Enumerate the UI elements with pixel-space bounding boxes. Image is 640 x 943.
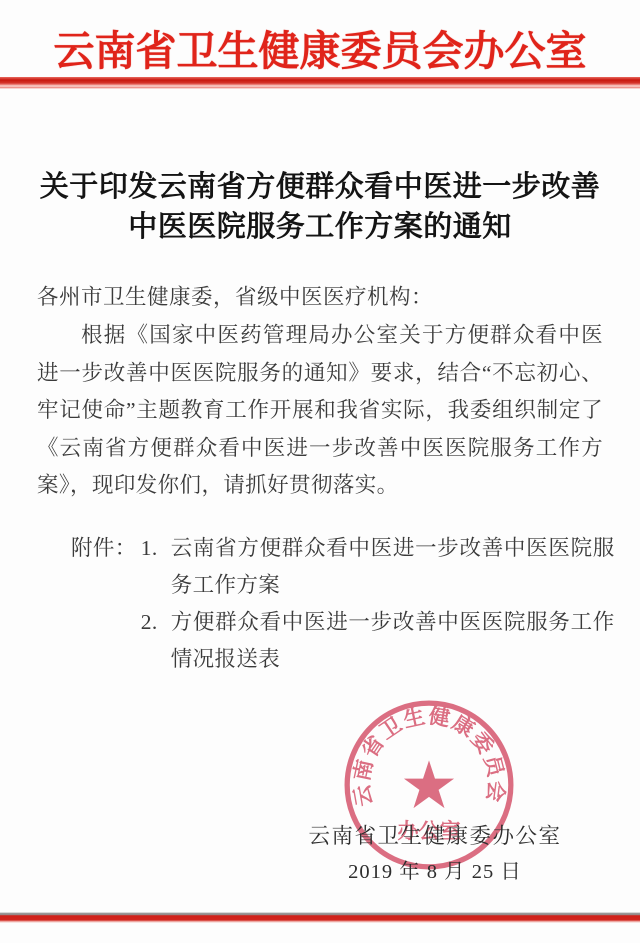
salutation: 各州市卫生健康委，省级中医医疗机构： (37, 280, 603, 311)
attachments-list: 1. 云南省方便群众看中医进一步改善中医医院服务工作方案 2. 方便群众看中医进… (141, 530, 615, 678)
document-title-line-1: 关于印发云南省方便群众看中医进一步改善 (0, 167, 640, 207)
signature-date: 2019 年 8 月 25 日 (275, 854, 595, 884)
attachments-block: 附件： 1. 云南省方便群众看中医进一步改善中医医院服务工作方案 2. 方便群众… (71, 530, 615, 678)
attachment-text: 云南省方便群众看中医进一步改善中医医院服务工作方案 (171, 530, 615, 604)
body-paragraph: 根据《国家中医药管理局办公室关于方便群众看中医进一步改善中医医院服务的通知》要求… (37, 317, 603, 505)
footer-divider (0, 912, 640, 923)
attachments-label: 附件： (71, 530, 137, 678)
letterhead-org-name: 云南省卫生健康委员会办公室 (0, 18, 640, 77)
letterhead-divider (0, 77, 640, 89)
signature-org: 云南省卫生健康委办公室 (275, 819, 595, 850)
document-title: 关于印发云南省方便群众看中医进一步改善 中医医院服务工作方案的通知 (0, 167, 640, 247)
seal-star-icon (404, 760, 454, 808)
attachment-item: 1. 云南省方便群众看中医进一步改善中医医院服务工作方案 (141, 530, 615, 604)
official-document-page: 云南省卫生健康委员会办公室 关于印发云南省方便群众看中医进一步改善 中医医院服务… (0, 0, 640, 943)
attachment-number: 2. (141, 604, 171, 678)
attachment-number: 1. (141, 530, 171, 604)
document-title-line-2: 中医医院服务工作方案的通知 (0, 207, 640, 247)
attachment-text: 方便群众看中医进一步改善中医医院服务工作情况报送表 (171, 604, 615, 678)
attachment-item: 2. 方便群众看中医进一步改善中医医院服务工作情况报送表 (141, 604, 615, 678)
